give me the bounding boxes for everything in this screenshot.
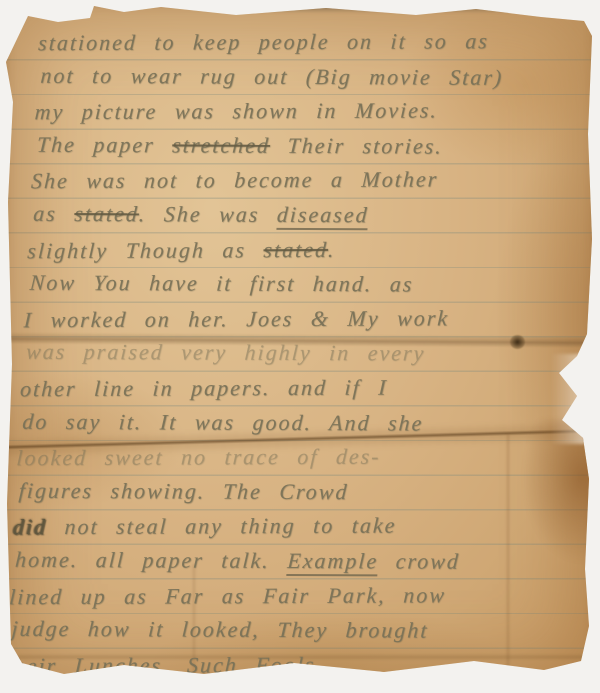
letter-line: judge how it looked, They brought — [11, 612, 569, 649]
letter-word: stationed to keep people on it so as — [38, 28, 490, 55]
letter-text: stationed to keep people on it so asnot … — [5, 25, 599, 682]
letter-word: lined up as Far as Fair Park, now — [9, 582, 447, 609]
letter-line: figures showing. The Crowd — [18, 474, 576, 511]
letter-line: other line in papers. and if I — [19, 370, 581, 407]
letter-line: home. all paper talk. Example crowd — [14, 543, 572, 580]
letter-word: not to wear rug out (Big movie Star) — [40, 62, 504, 89]
letter-word: home. all paper talk. — [15, 547, 289, 573]
letter-page: stationed to keep people on it so asnot … — [6, 4, 594, 686]
letter-line: looked sweet no trace of des- — [16, 439, 578, 476]
letter-line: stationed to keep people on it so as — [37, 24, 599, 61]
letter-word: looked sweet no trace of des- — [16, 444, 381, 471]
letter-word-strike: stretched — [172, 132, 271, 157]
letter-word: judge how it looked, They brought — [11, 616, 429, 643]
scanned-letter-view: stationed to keep people on it so asnot … — [0, 0, 600, 693]
letter-line: as stated. She was diseased — [32, 197, 590, 234]
letter-word-strike: stated — [263, 236, 329, 261]
letter-line: do say it. It was good. And she — [21, 404, 579, 441]
letter-word: crowd — [378, 548, 461, 573]
letter-word: was praised very highly in every — [25, 339, 426, 366]
letter-word: figures showing. The Crowd — [18, 478, 349, 504]
letter-word: The paper — [36, 132, 173, 158]
letter-line: not to wear rug out (Big movie Star) — [40, 58, 598, 95]
letter-word-underline: diseased — [276, 202, 369, 230]
letter-word: slightly Though as — [27, 237, 264, 263]
letter-line: I worked on her. Joes & My work — [23, 301, 585, 338]
letter-word: Now You have it first hand. as — [29, 270, 414, 297]
letter-line: The paper stretched Their stories. — [36, 128, 594, 165]
letter-word-underline: Example — [286, 548, 379, 576]
letter-line: my picture was shown in Movies. — [34, 93, 596, 130]
letter-line: was praised very highly in every — [25, 335, 583, 372]
letter-word: . — [328, 236, 337, 261]
letter-line: lined up as Far as Fair Park, now — [8, 577, 570, 614]
letter-word-strike: stated — [74, 201, 140, 226]
letter-word: . She was — [138, 201, 277, 227]
letter-word-blot: did — [12, 514, 47, 539]
letter-word: I worked on her. Joes & My work — [23, 305, 450, 332]
letter-word: She was not to become a Mother — [30, 167, 438, 194]
letter-word: not steal any thing to take — [46, 513, 397, 540]
letter-word: do say it. It was good. And she — [22, 408, 424, 435]
letter-word: Their stories. — [269, 133, 443, 159]
letter-line: Now You have it first hand. as — [29, 266, 587, 303]
letter-line: did not steal any thing to take — [12, 508, 574, 545]
letter-line: their Lunches. Such Fools — [5, 646, 567, 683]
letter-word: my picture was shown in Movies. — [34, 98, 439, 125]
letter-line: slightly Though as stated. — [27, 231, 589, 268]
letter-word: as — [33, 201, 75, 226]
torn-edge-shadow-top — [234, 4, 548, 13]
letter-word: their Lunches. — [5, 652, 188, 678]
letter-word: other line in papers. and if I — [20, 375, 389, 402]
letter-word-underline: Such Fools — [186, 652, 316, 681]
letter-line: She was not to become a Mother — [30, 162, 592, 199]
